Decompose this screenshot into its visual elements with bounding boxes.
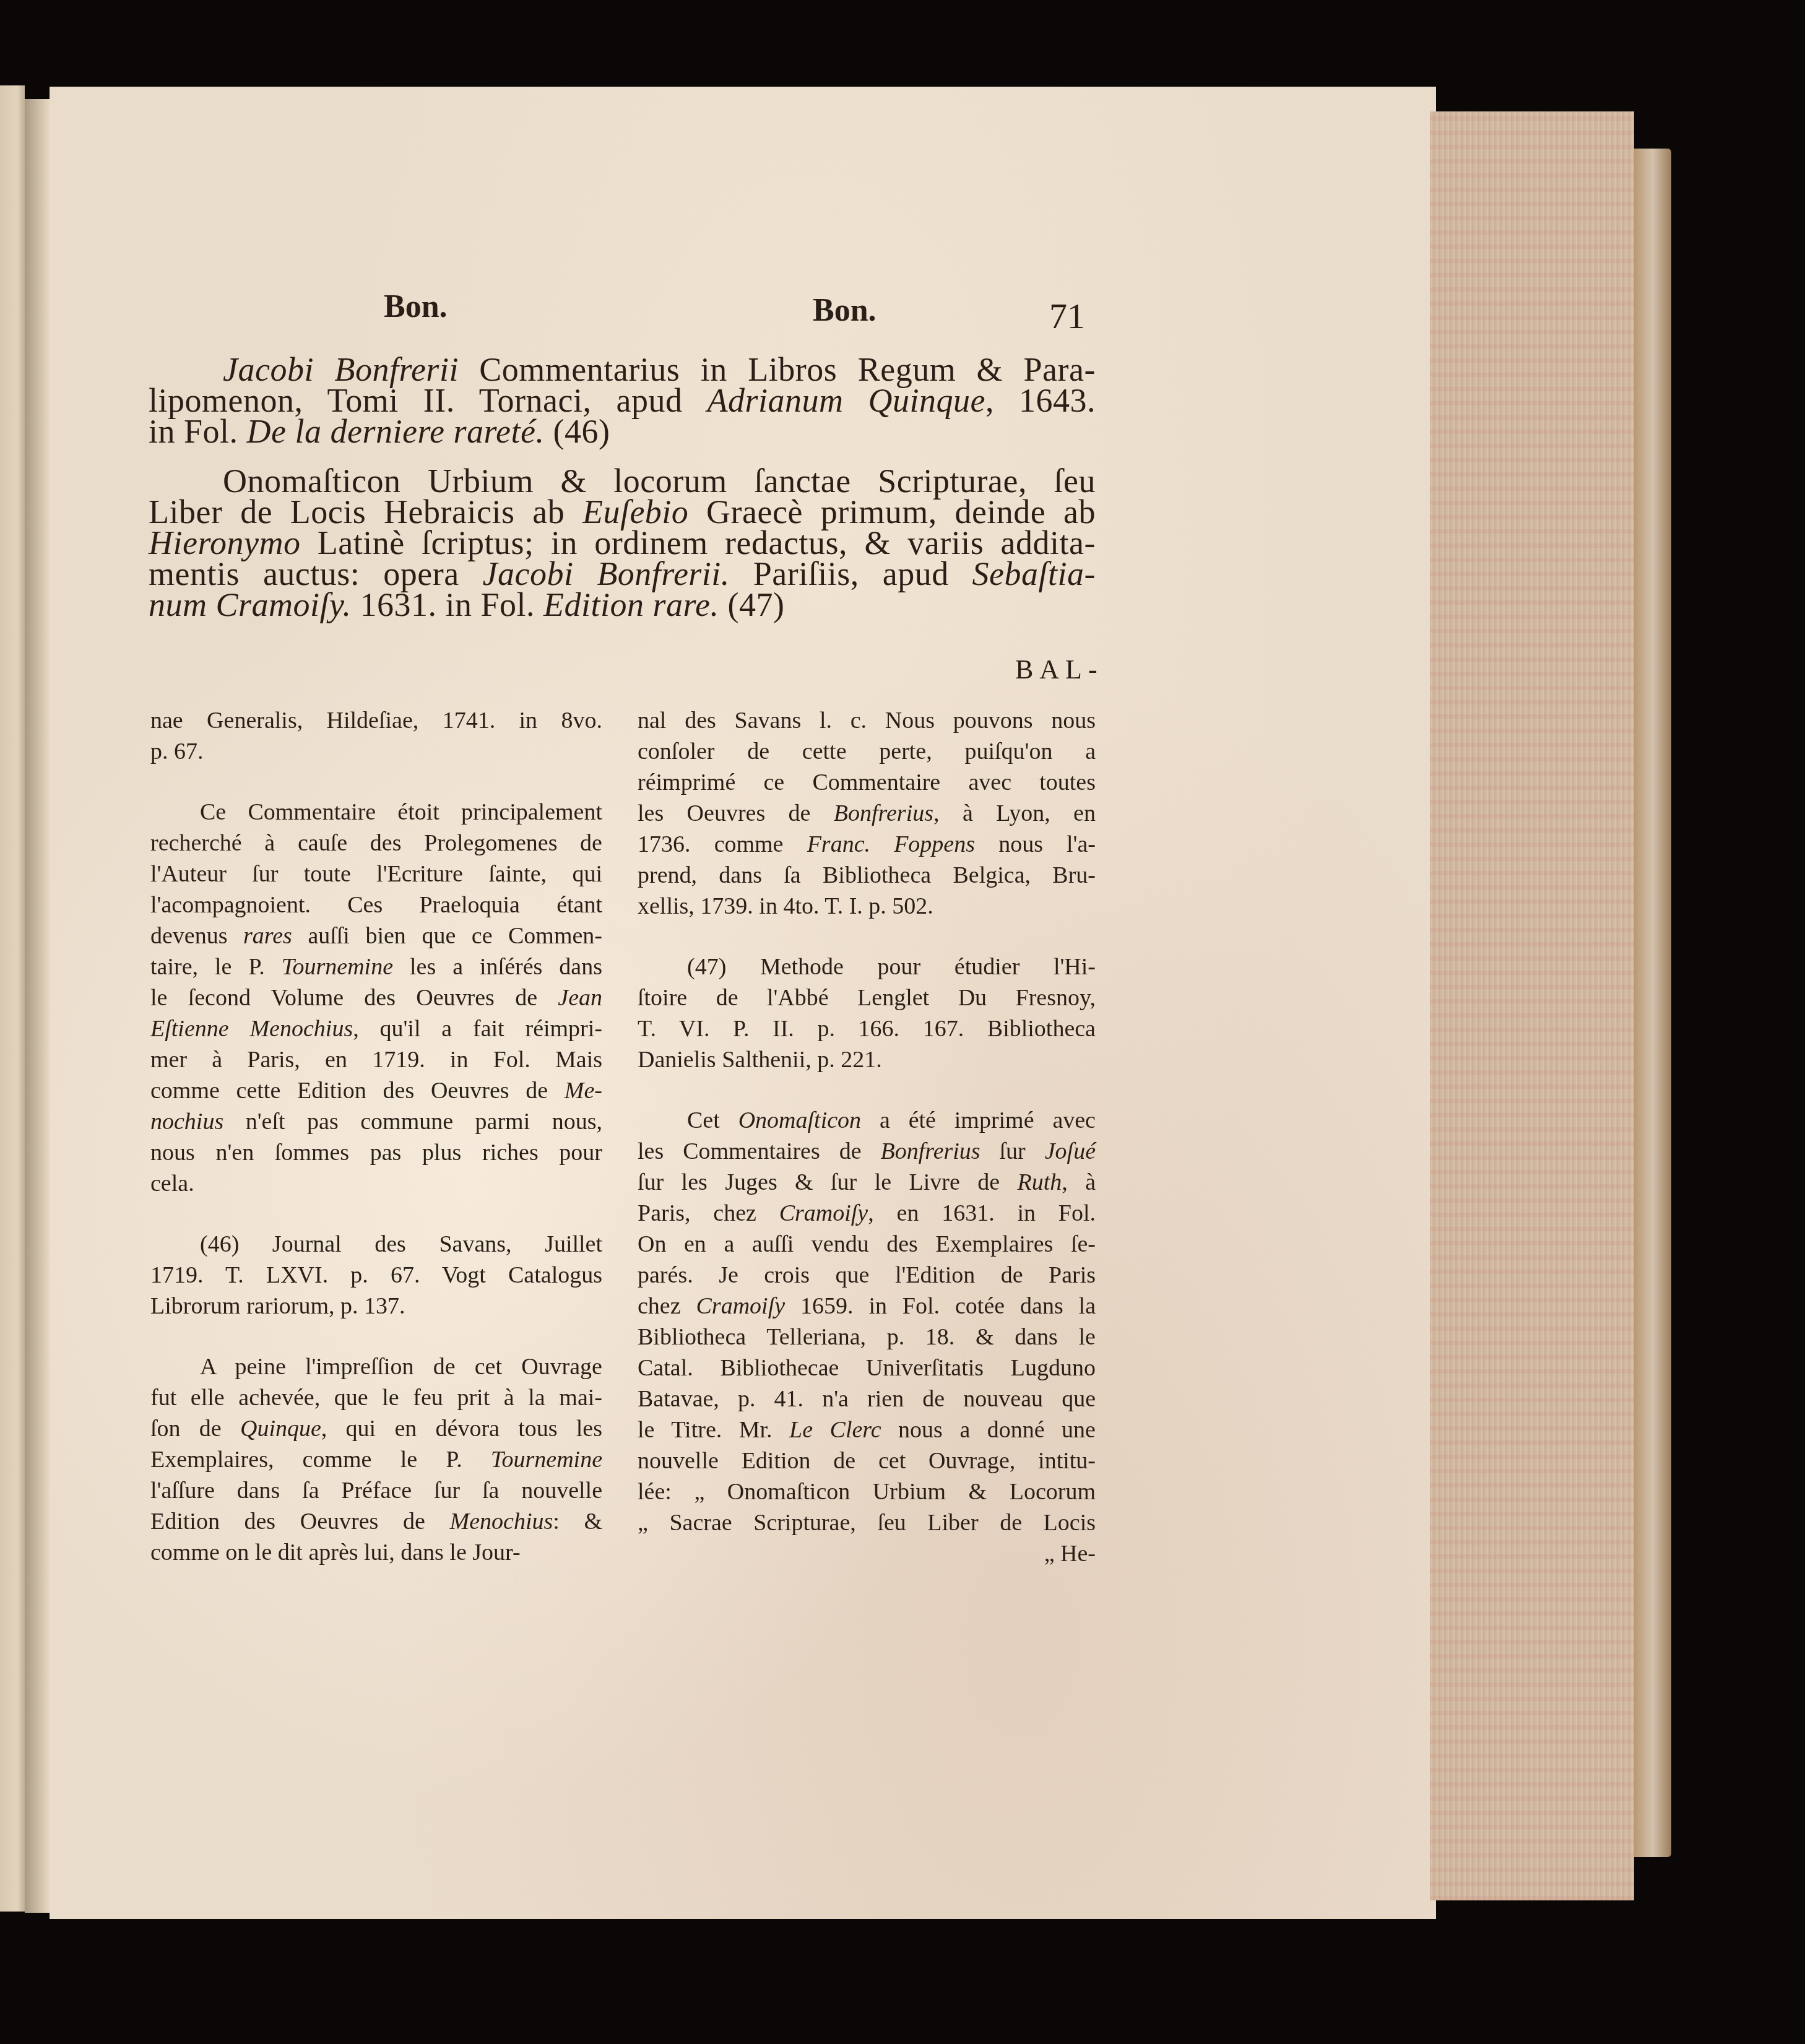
text-run: Bibliotheca Telleriana, p. 18. & dans le bbox=[638, 1324, 1096, 1350]
entry-line: Onomaſticon Urbium & locorum ſanctae Scr… bbox=[223, 464, 1096, 498]
text-run: Edition des Oeuvres de bbox=[150, 1509, 450, 1535]
italic-text: Bonfrerius bbox=[834, 800, 933, 826]
text-run: les Oeuvres de bbox=[638, 800, 834, 826]
text-run: 1631. in Fol. bbox=[352, 586, 544, 623]
text-run: a été imprimé avec bbox=[861, 1107, 1096, 1133]
footnote-line: Paris, chez Cramoiſy, en 1631. in Fol. bbox=[638, 1202, 1096, 1225]
text-run: ſur les Juges & ſur le Livre de bbox=[638, 1169, 1017, 1195]
footnote-line: prend, dans ſa Bibliotheca Belgica, Bru- bbox=[638, 864, 1096, 887]
footnote-line: nous n'en ſommes pas plus riches pour bbox=[150, 1141, 602, 1164]
footnote-line: xellis, 1739. in 4to. T. I. p. 502. bbox=[638, 894, 1096, 918]
text-run: les a inſérés dans bbox=[393, 954, 602, 980]
text-run: nae Generalis, Hildeſiae, 1741. in 8vo. bbox=[150, 708, 602, 734]
text-run: in Fol. bbox=[149, 413, 247, 450]
italic-text: rares bbox=[243, 923, 292, 949]
text-run: (47) bbox=[719, 586, 785, 623]
text-run: lée: „ Onomaſticon Urbium & Locorum bbox=[638, 1479, 1096, 1505]
footnote-line: nouvelle Edition de cet Ouvrage, intitu- bbox=[638, 1449, 1096, 1473]
footnote-line: ſtoire de l'Abbé Lenglet Du Fresnoy, bbox=[638, 986, 1096, 1010]
text-run: , à bbox=[1062, 1169, 1096, 1195]
footnote-line: l'aſſure dans ſa Préface ſur ſa nouvelle bbox=[150, 1479, 602, 1502]
footnote-line: fut elle achevée, que le feu prit à la m… bbox=[150, 1386, 602, 1410]
footnote-line: mer à Paris, en 1719. in Fol. Mais bbox=[150, 1048, 602, 1072]
footnote-line: (46) Journal des Savans, Juillet bbox=[200, 1232, 602, 1256]
entry-line: lipomenon, Tomi II. Tornaci, apud Adrian… bbox=[149, 384, 1096, 417]
footnote-line: Edition des Oeuvres de Menochius: & bbox=[150, 1510, 602, 1533]
italic-text: num Cramoiſy. bbox=[149, 586, 352, 623]
italic-text: Tournemine bbox=[282, 954, 393, 980]
text-run: A peine l'impreſſion de cet Ouvrage bbox=[200, 1354, 602, 1380]
footnote-line: recherché à cauſe des Prolegomenes de bbox=[150, 831, 602, 855]
text-run: nouvelle Edition de cet Ouvrage, intitu- bbox=[638, 1448, 1096, 1474]
footnote-line: réimprimé ce Commentaire avec toutes bbox=[638, 771, 1096, 794]
footnote-line: (47) Methode pour étudier l'Hi- bbox=[687, 955, 1096, 979]
footnote-line: les Commentaires de Bonfrerius ſur Joſué bbox=[638, 1140, 1096, 1163]
text-run: comme on le dit après lui, dans le Jour- bbox=[150, 1539, 521, 1565]
italic-text: Ruth bbox=[1017, 1169, 1062, 1195]
italic-text: Onomaſticon bbox=[738, 1107, 861, 1133]
text-run: Catal. Bibliothecae Univerſitatis Lugdun… bbox=[638, 1355, 1096, 1381]
entry-line: Liber de Locis Hebraicis ab Euſebio Grae… bbox=[149, 495, 1096, 529]
catchword: BAL- bbox=[1015, 656, 1104, 683]
text-run: , en 1631. in Fol. bbox=[868, 1200, 1096, 1226]
footnote-line: Librorum rariorum, p. 137. bbox=[150, 1294, 602, 1318]
text-run: Exemplaires, comme le P. bbox=[150, 1447, 491, 1473]
text-run: xellis, 1739. in 4to. T. I. p. 502. bbox=[638, 893, 933, 919]
text-run: 1659. in Fol. cotée dans la bbox=[785, 1293, 1096, 1319]
footnote-line: nochius n'eſt pas commune parmi nous, bbox=[150, 1110, 602, 1133]
text-run: nal des Savans l. c. Nous pouvons nous bbox=[638, 708, 1096, 734]
text-run: „ He- bbox=[1044, 1541, 1096, 1567]
footnote-line: Exemplaires, comme le P. Tournemine bbox=[150, 1448, 602, 1471]
footnote-line: ſur les Juges & ſur le Livre de Ruth, à bbox=[638, 1171, 1096, 1194]
text-run: parés. Je crois que l'Edition de Paris bbox=[638, 1262, 1096, 1288]
footnote-line: l'acompagnoient. Ces Praeloquia étant bbox=[150, 893, 602, 917]
footnote-line: On en a auſſi vendu des Exemplaires ſe- bbox=[638, 1232, 1096, 1256]
footnote-line: Cet Onomaſticon a été imprimé avec bbox=[687, 1109, 1096, 1132]
text-run: ſur bbox=[980, 1138, 1045, 1164]
running-head-center: Bon. bbox=[813, 295, 877, 327]
footnote-line: Danielis Salthenii, p. 221. bbox=[638, 1048, 1096, 1072]
footnote-line: „ He- bbox=[638, 1542, 1096, 1565]
page-number: 71 bbox=[1049, 298, 1085, 334]
footnote-line: le ſecond Volume des Oeuvres de Jean bbox=[150, 986, 602, 1010]
text-run: l'Auteur ſur toute l'Ecriture ſainte, qu… bbox=[150, 861, 602, 887]
text-run: , qui en dévora tous les bbox=[321, 1416, 602, 1442]
running-head-left: Bon. bbox=[384, 291, 448, 323]
text-run: Cet bbox=[687, 1107, 738, 1133]
text-run: , qu'il a fait réimpri- bbox=[353, 1016, 602, 1042]
footnote-line: devenus rares auſſi bien que ce Commen- bbox=[150, 924, 602, 948]
footnote-line: p. 67. bbox=[150, 740, 602, 763]
italic-text: Franc. Foppens bbox=[807, 831, 975, 857]
text-run: Danielis Salthenii, p. 221. bbox=[638, 1047, 882, 1073]
entry-line: Jacobi Bonfrerii Commentarius in Libros … bbox=[223, 353, 1096, 386]
footnote-line: Catal. Bibliothecae Univerſitatis Lugdun… bbox=[638, 1356, 1096, 1380]
italic-text: Adrianum Quinque bbox=[707, 382, 985, 419]
text-run: comme cette Edition des Oeuvres de bbox=[150, 1078, 565, 1104]
text-run: , à Lyon, en bbox=[933, 800, 1096, 826]
text-run: T. VI. P. II. p. 166. 167. Bibliotheca bbox=[638, 1016, 1096, 1042]
entry-line: num Cramoiſy. 1631. in Fol. Edition rare… bbox=[149, 588, 1096, 621]
italic-text: Joſué bbox=[1045, 1138, 1096, 1164]
footnote-line: lée: „ Onomaſticon Urbium & Locorum bbox=[638, 1480, 1096, 1504]
text-run: réimprimé ce Commentaire avec toutes bbox=[638, 769, 1096, 795]
text-run: recherché à cauſe des Prolegomenes de bbox=[150, 830, 602, 856]
text-run: cela. bbox=[150, 1171, 194, 1197]
footnote-line: Ce Commentaire étoit principalement bbox=[200, 800, 602, 824]
text-run: l'acompagnoient. Ces Praeloquia étant bbox=[150, 892, 602, 918]
footnote-line: Bibliotheca Telleriana, p. 18. & dans le bbox=[638, 1325, 1096, 1349]
italic-text: Eſtienne Menochius bbox=[150, 1016, 353, 1042]
text-run: mer à Paris, en 1719. in Fol. Mais bbox=[150, 1047, 602, 1073]
italic-text: Le Clerc bbox=[789, 1417, 881, 1443]
text-run: auſſi bien que ce Commen- bbox=[292, 923, 602, 949]
text-run: taire, le P. bbox=[150, 954, 282, 980]
footnote-line: taire, le P. Tournemine les a inſérés da… bbox=[150, 955, 602, 979]
footnote-line: l'Auteur ſur toute l'Ecriture ſainte, qu… bbox=[150, 862, 602, 886]
italic-text: Me- bbox=[565, 1078, 602, 1104]
text-run: 1736. comme bbox=[638, 831, 807, 857]
footnote-line: comme on le dit après lui, dans le Jour- bbox=[150, 1541, 602, 1564]
footnote-line: 1719. T. LXVI. p. 67. Vogt Catalogus bbox=[150, 1263, 602, 1287]
book-cover-edge bbox=[1634, 149, 1671, 1857]
text-run: p. 67. bbox=[150, 738, 204, 764]
footnote-line: ſon de Quinque, qui en dévora tous les bbox=[150, 1417, 602, 1440]
footnote-line: T. VI. P. II. p. 166. 167. Bibliotheca bbox=[638, 1017, 1096, 1041]
text-run: ſon de bbox=[150, 1416, 240, 1442]
italic-text: Sebaſtia- bbox=[972, 555, 1096, 592]
text-run: , 1643. bbox=[985, 382, 1096, 419]
text-run: 1719. T. LXVI. p. 67. Vogt Catalogus bbox=[150, 1262, 602, 1288]
footnote-line: nae Generalis, Hildeſiae, 1741. in 8vo. bbox=[150, 709, 602, 732]
entry-line: Hieronymo Latinè ſcriptus; in ordinem re… bbox=[149, 526, 1096, 560]
italic-text: nochius bbox=[150, 1109, 223, 1135]
text-run: (46) bbox=[544, 413, 610, 450]
text-run: devenus bbox=[150, 923, 243, 949]
text-run: fut elle achevée, que le feu prit à la m… bbox=[150, 1385, 602, 1411]
text-run: l'aſſure dans ſa Préface ſur ſa nouvelle bbox=[150, 1478, 602, 1504]
italic-text: Cramoiſy bbox=[779, 1200, 868, 1226]
italic-text: Cramoiſy bbox=[696, 1293, 786, 1319]
footnote-line: Eſtienne Menochius, qu'il a fait réimpri… bbox=[150, 1017, 602, 1041]
text-run: Paris, chez bbox=[638, 1200, 779, 1226]
book-gutter bbox=[25, 99, 50, 1913]
italic-text: Quinque bbox=[240, 1416, 321, 1442]
text-run: les Commentaires de bbox=[638, 1138, 880, 1164]
footnote-line: A peine l'impreſſion de cet Ouvrage bbox=[200, 1355, 602, 1379]
footnote-line: conſoler de cette perte, puiſqu'on a bbox=[638, 740, 1096, 763]
text-run: nous a donné une bbox=[881, 1417, 1096, 1443]
text-run: ſtoire de l'Abbé Lenglet Du Fresnoy, bbox=[638, 985, 1096, 1011]
text-run: „ Sacrae Scripturae, ſeu Liber de Locis bbox=[638, 1510, 1096, 1536]
italic-text: Menochius bbox=[450, 1509, 553, 1535]
italic-text: De la derniere rareté. bbox=[247, 413, 545, 450]
footnote-line: le Titre. Mr. Le Clerc nous a donné une bbox=[638, 1418, 1096, 1442]
text-run: le Titre. Mr. bbox=[638, 1417, 789, 1443]
footnote-line: les Oeuvres de Bonfrerius, à Lyon, en bbox=[638, 802, 1096, 825]
footnote-line: 1736. comme Franc. Foppens nous l'a- bbox=[638, 833, 1096, 856]
footnote-line: comme cette Edition des Oeuvres de Me- bbox=[150, 1079, 602, 1102]
italic-text: Tournemine bbox=[491, 1447, 602, 1473]
text-run: On en a auſſi vendu des Exemplaires ſe- bbox=[638, 1231, 1096, 1257]
footnote-line: nal des Savans l. c. Nous pouvons nous bbox=[638, 709, 1096, 732]
text-run: Librorum rariorum, p. 137. bbox=[150, 1293, 405, 1319]
footnote-line: chez Cramoiſy 1659. in Fol. cotée dans l… bbox=[638, 1294, 1096, 1318]
text-run: le ſecond Volume des Oeuvres de bbox=[150, 985, 558, 1011]
footnote-line: Batavae, p. 41. n'a rien de nouveau que bbox=[638, 1387, 1096, 1411]
italic-text: Jean bbox=[558, 985, 602, 1011]
text-run: nous l'a- bbox=[975, 831, 1096, 857]
text-run: chez bbox=[638, 1293, 696, 1319]
facing-page-edge bbox=[0, 85, 25, 1912]
page-fore-edge bbox=[1430, 111, 1634, 1900]
text-run: (46) Journal des Savans, Juillet bbox=[200, 1231, 602, 1257]
text-run: nous n'en ſommes pas plus riches pour bbox=[150, 1140, 602, 1166]
italic-text: Bonfrerius bbox=[880, 1138, 980, 1164]
footnote-line: „ Sacrae Scripturae, ſeu Liber de Locis bbox=[638, 1511, 1096, 1535]
text-run: (47) Methode pour étudier l'Hi- bbox=[687, 954, 1096, 980]
text-run: n'eſt pas commune parmi nous, bbox=[223, 1109, 602, 1135]
footnote-line: parés. Je crois que l'Edition de Paris bbox=[638, 1263, 1096, 1287]
footnote-line: cela. bbox=[150, 1172, 602, 1195]
entry-line: mentis auctus: opera Jacobi Bonfrerii. P… bbox=[149, 557, 1096, 591]
text-run: Ce Commentaire étoit principalement bbox=[200, 799, 602, 825]
italic-text: Edition rare. bbox=[543, 586, 719, 623]
text-run: prend, dans ſa Bibliotheca Belgica, Bru- bbox=[638, 862, 1096, 888]
entry-line: in Fol. De la derniere rareté. (46) bbox=[149, 415, 1096, 448]
text-run: conſoler de cette perte, puiſqu'on a bbox=[638, 738, 1096, 764]
text-run: Batavae, p. 41. n'a rien de nouveau que bbox=[638, 1386, 1096, 1412]
text-run: : & bbox=[553, 1509, 602, 1535]
